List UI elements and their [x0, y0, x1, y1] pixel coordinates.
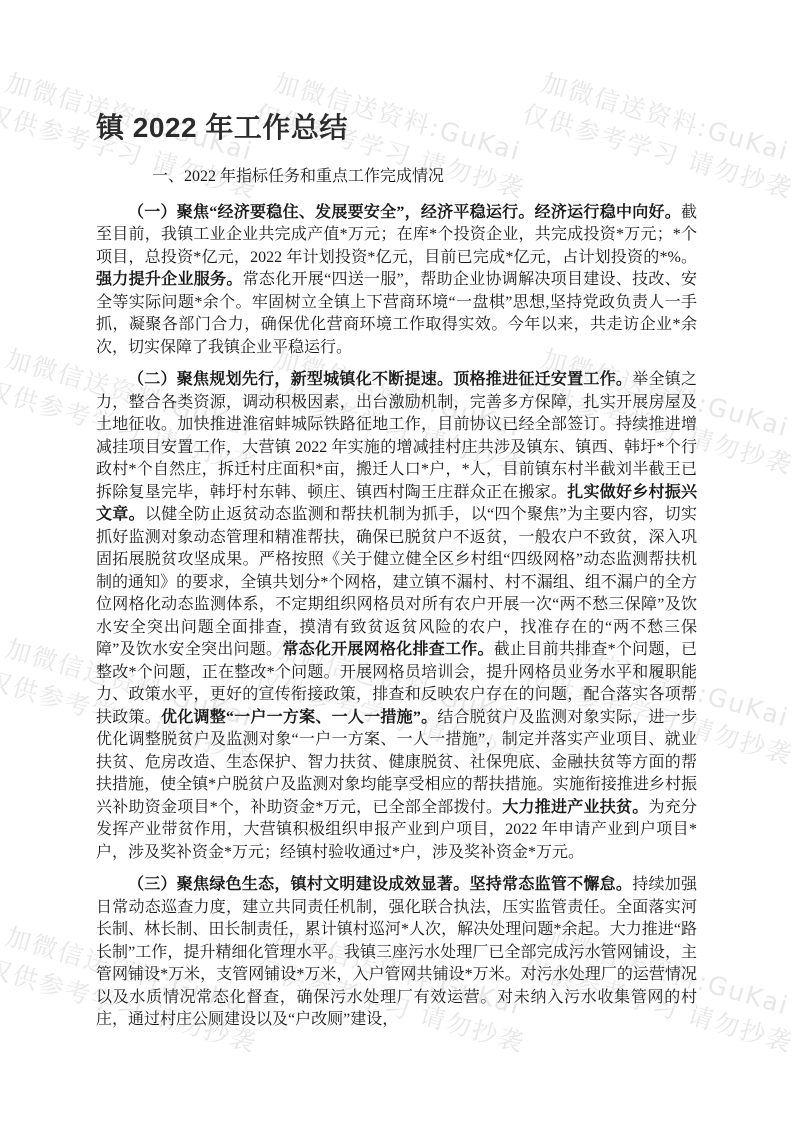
text-run-bold: 强力提升企业服务。: [96, 271, 243, 288]
paragraph: （一）聚焦“经济要稳住、发展要安全”，经济平稳运行。经济运行稳中向好。截至目前，…: [96, 202, 697, 360]
paragraph: （三）聚焦绿色生态，镇村文明建设成效显著。坚持常态监管不懈怠。持续加强日常动态巡…: [96, 874, 697, 1032]
text-run: 举全镇之力，整合各类资源，调动积极因素，出台激励机制，完善多方保障，扎实开展房屋…: [96, 371, 697, 501]
section-heading: 一、2022 年指标任务和重点工作完成情况: [96, 166, 697, 189]
document-content: 镇 2022 年工作总结 一、2022 年指标任务和重点工作完成情况 （一）聚焦…: [0, 0, 793, 1032]
document-page: 加微信送资料:GuKai仅供参考学习 请勿抄袭加微信送资料:GuKai仅供参考学…: [0, 0, 793, 1122]
document-title: 镇 2022 年工作总结: [96, 110, 697, 145]
document-body: （一）聚焦“经济要稳住、发展要安全”，经济平稳运行。经济运行稳中向好。截至目前，…: [96, 202, 697, 1032]
text-run-bold: （三）聚焦绿色生态，镇村文明建设成效显著。坚持常态监管不懈怠。: [128, 876, 632, 893]
text-run-bold: 大力推进产业扶贫。: [502, 799, 648, 816]
text-run-bold: 优化调整“一户一方案、一人一措施”。: [161, 709, 437, 726]
paragraph: （二）聚焦规划先行，新型城镇化不断提速。顶格推进征迁安置工作。举全镇之力，整合各…: [96, 369, 697, 864]
text-run-bold: （一）聚焦“经济要稳住、发展要安全”，经济平稳运行。经济运行稳中向好。: [128, 204, 681, 221]
text-run-bold: （二）聚焦规划先行，新型城镇化不断提速。顶格推进征迁安置工作。: [128, 371, 632, 388]
text-run: 以健全防止返贫动态监测和帮扶机制为抓手，以“四个聚焦”为主要内容，切实抓好监测对…: [96, 506, 697, 658]
text-run: 持续加强日常动态巡查力度，建立共同责任机制，强化联合执法，压实监管责任。全面落实…: [96, 876, 697, 1028]
text-run-bold: 常态化开展网格化排查工作。: [282, 641, 493, 658]
